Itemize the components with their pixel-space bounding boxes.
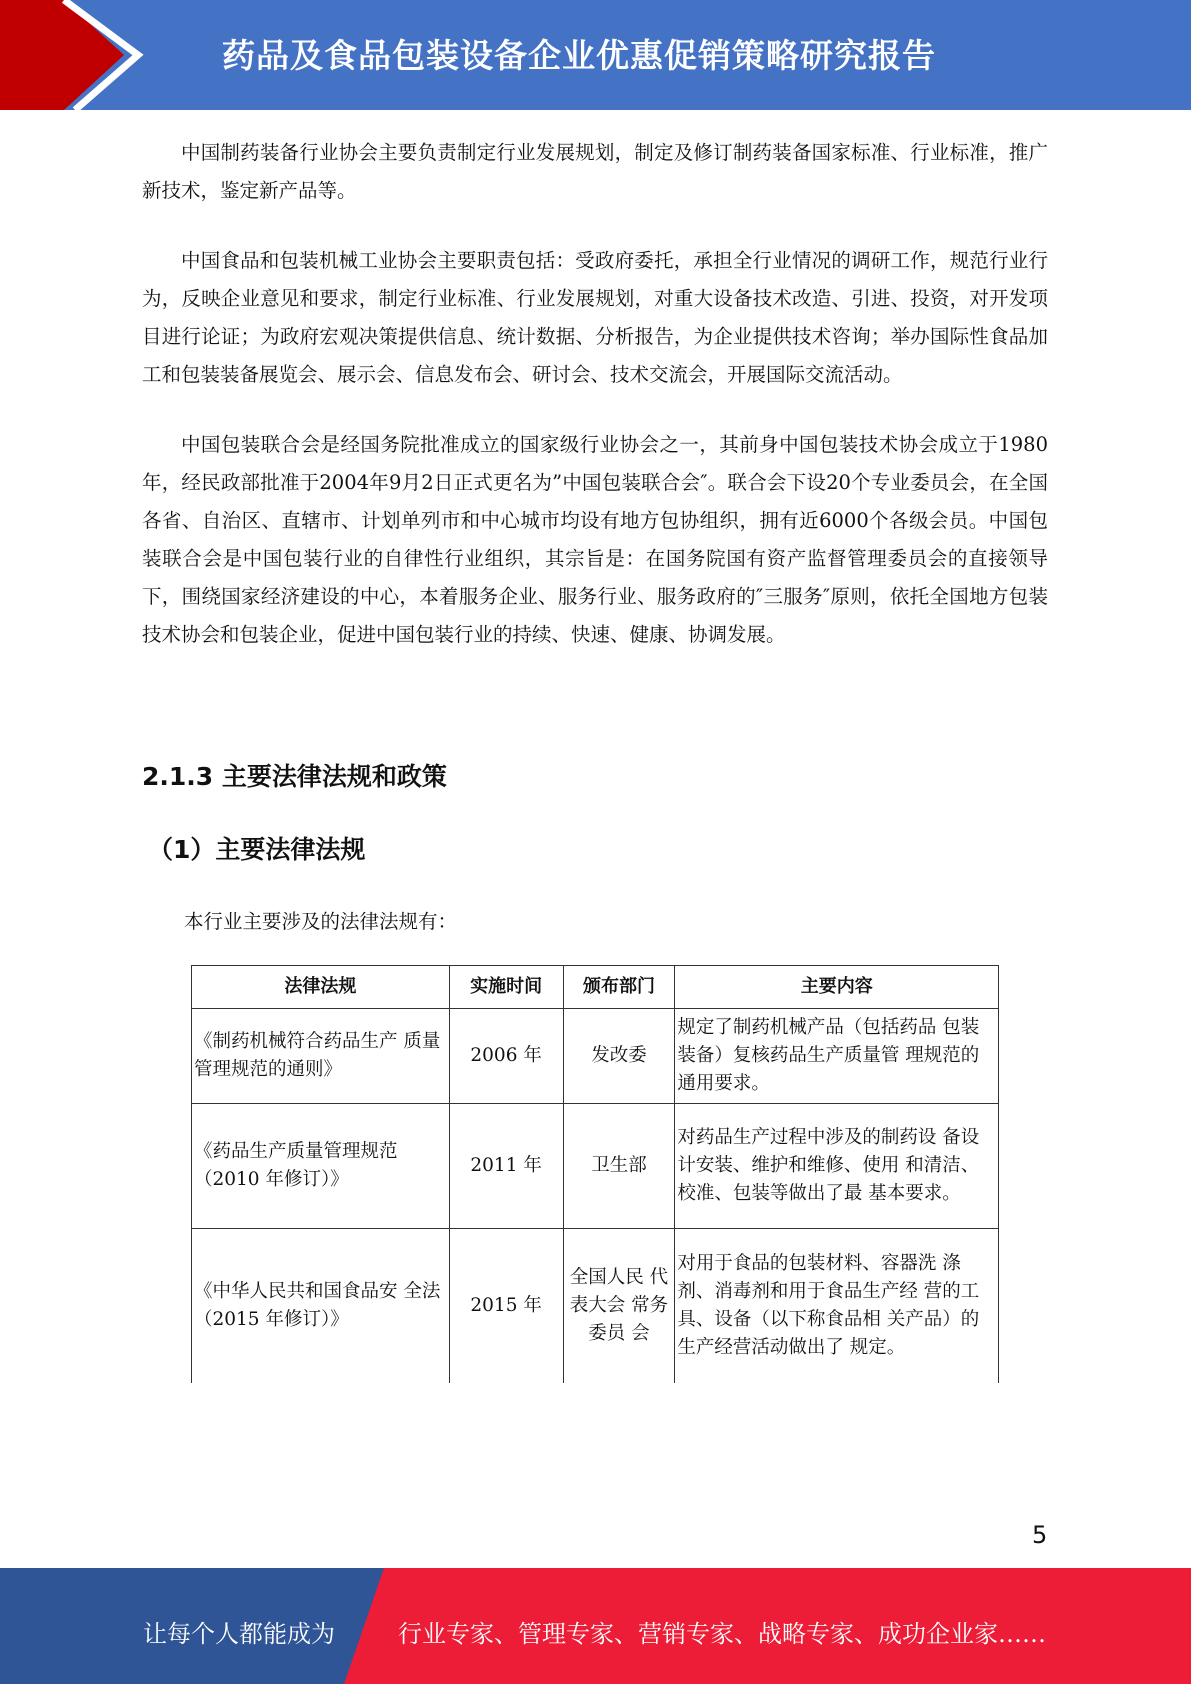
law-name: 《制药机械符合药品生产 质量管理规范的通则》: [192, 1009, 450, 1104]
page-number: 5: [1032, 1521, 1047, 1549]
law-name: 《中华人民共和国食品安 全法（2015 年修订）》: [192, 1229, 450, 1384]
effective-date: 2011 年: [449, 1104, 563, 1229]
section-heading: 2.1.3 主要法律法规和政策: [142, 757, 447, 793]
table-row: 《中华人民共和国食品安 全法（2015 年修订）》 2015 年 全国人民 代表…: [192, 1229, 999, 1384]
body-text: 中国制药装备行业协会主要负责制定行业发展规划，制定及修订制药装备国家标准、行业标…: [142, 134, 1048, 686]
page-footer: 让每个人都能成为 行业专家、管理专家、营销专家、战略专家、成功企业家……: [0, 1568, 1191, 1684]
main-content: 规定了制药机械产品（包括药品 包装装备）复核药品生产质量管 理规范的通用要求。: [675, 1009, 999, 1104]
column-header-law: 法律法规: [192, 966, 450, 1009]
effective-date: 2006 年: [449, 1009, 563, 1104]
law-name: 《药品生产质量管理规范（2010 年修订）》: [192, 1104, 450, 1229]
main-content: 对药品生产过程中涉及的制药设 备设计安装、维护和维修、使用 和清洁、校准、包装等…: [675, 1104, 999, 1229]
column-header-date: 实施时间: [449, 966, 563, 1009]
table-header-row: 法律法规 实施时间 颁布部门 主要内容: [192, 966, 999, 1009]
footer-slogan-left: 让每个人都能成为: [143, 1614, 335, 1649]
issuing-dept: 全国人民 代表大会 常务委员 会: [563, 1229, 675, 1384]
chevron-banner-icon: [0, 0, 160, 110]
main-content: 对用于食品的包装材料、容器洗 涤剂、消毒剂和用于食品生产经 营的工具、设备（以下…: [675, 1229, 999, 1384]
page-header: 药品及食品包装设备企业优惠促销策略研究报告: [0, 0, 1191, 110]
laws-table: 法律法规 实施时间 颁布部门 主要内容 《制药机械符合药品生产 质量管理规范的通…: [191, 965, 999, 1383]
column-header-dept: 颁布部门: [563, 966, 675, 1009]
issuing-dept: 卫生部: [563, 1104, 675, 1229]
footer-slogan-right: 行业专家、管理专家、营销专家、战略专家、成功企业家……: [398, 1614, 1046, 1649]
table-row: 《制药机械符合药品生产 质量管理规范的通则》 2006 年 发改委 规定了制药机…: [192, 1009, 999, 1104]
table-row: 《药品生产质量管理规范（2010 年修订）》 2011 年 卫生部 对药品生产过…: [192, 1104, 999, 1229]
paragraph-packaging-federation: 中国包装联合会是经国务院批准成立的国家级行业协会之一，其前身中国包装技术协会成立…: [142, 426, 1048, 654]
issuing-dept: 发改委: [563, 1009, 675, 1104]
paragraph-pharma-association: 中国制药装备行业协会主要负责制定行业发展规划，制定及修订制药装备国家标准、行业标…: [142, 134, 1048, 210]
column-header-content: 主要内容: [675, 966, 999, 1009]
table-intro: 本行业主要涉及的法律法规有：: [184, 906, 457, 934]
subsection-heading: （1）主要法律法规: [148, 830, 365, 866]
paragraph-food-packaging-association: 中国食品和包装机械工业协会主要职责包括：受政府委托，承担全行业情况的调研工作，规…: [142, 242, 1048, 394]
effective-date: 2015 年: [449, 1229, 563, 1384]
report-title: 药品及食品包装设备企业优惠促销策略研究报告: [222, 30, 936, 77]
